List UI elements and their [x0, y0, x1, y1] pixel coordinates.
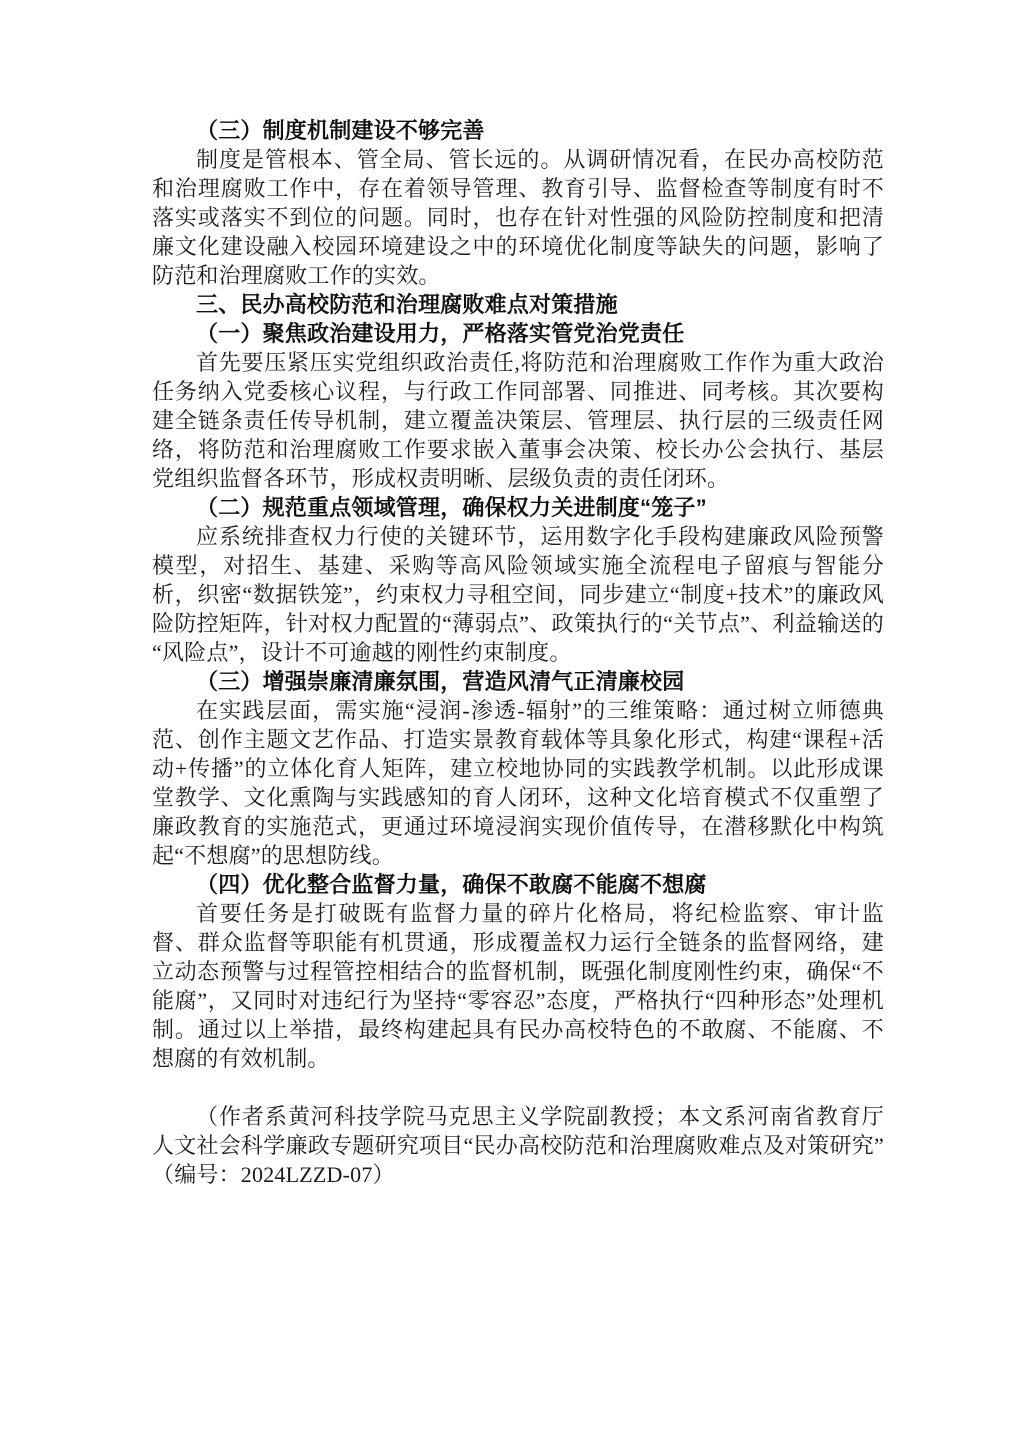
section-heading-3-institution-building: （三）制度机制建设不够完善 [152, 116, 884, 145]
section-heading-3-clean-culture: （三）增强崇廉清廉氛围，营造风清气正清廉校园 [152, 667, 884, 696]
section-heading-2-key-area-management: （二）规范重点领域管理，确保权力关进制度“笼子” [152, 493, 884, 522]
body-paragraph-key-area-management: 应系统排查权力行使的关键环节，运用数字化手段构建廉政风险预警模型，对招生、基建、… [152, 522, 884, 667]
body-paragraph-supervision-integration: 首要任务是打破既有监督力量的碎片化格局，将纪检监察、审计监督、群众监督等职能有机… [152, 899, 884, 1073]
section-heading-1-political-building: （一）聚焦政治建设用力，严格落实管党治党责任 [152, 319, 884, 348]
document-page: （三）制度机制建设不够完善 制度是管根本、管全局、管长远的。从调研情况看，在民办… [0, 0, 1024, 1448]
body-paragraph-institution-building: 制度是管根本、管全局、管长远的。从调研情况看，在民办高校防范和治理腐败工作中，存… [152, 145, 884, 290]
chapter-heading-countermeasures: 三、民办高校防范和治理腐败难点对策措施 [152, 290, 884, 319]
section-heading-4-supervision-integration: （四）优化整合监督力量，确保不敢腐不能腐不想腐 [152, 870, 884, 899]
body-paragraph-clean-culture: 在实践层面，需实施“浸润-渗透-辐射”的三维策略：通过树立师德典范、创作主题文艺… [152, 696, 884, 870]
body-paragraph-political-building: 首先要压紧压实党组织政治责任,将防范和治理腐败工作作为重大政治任务纳入党委核心议… [152, 348, 884, 493]
author-note-paragraph: （作者系黄河科技学院马克思主义学院副教授；本文系河南省教育厅人文社会科学廉政专题… [152, 1102, 884, 1189]
